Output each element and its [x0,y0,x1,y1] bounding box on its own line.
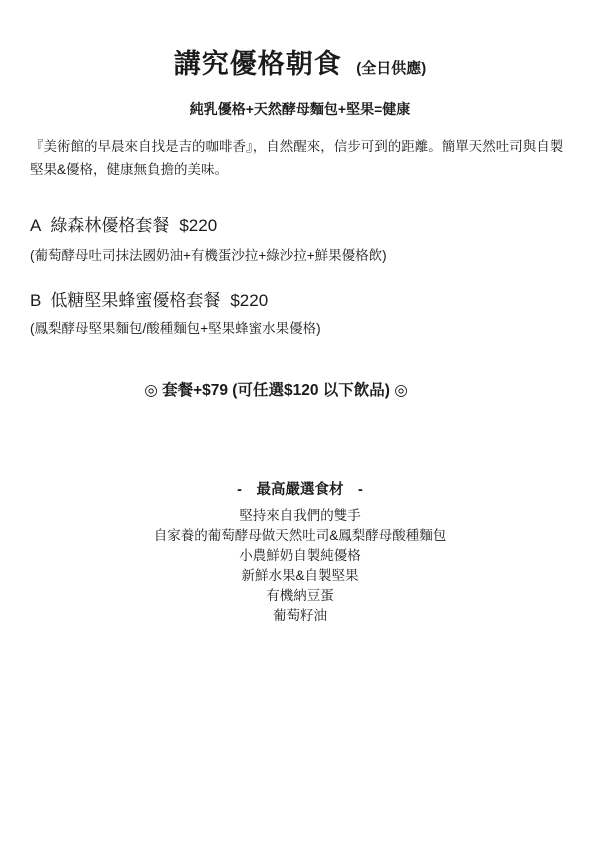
set-a-description: (葡萄酵母吐司抹法國奶油+有機蛋沙拉+綠沙拉+鮮果優格飲) [30,244,387,264]
ingredients-heading: - 最高嚴選食材 - [0,478,600,499]
set-b-heading: B低糖堅果蜂蜜優格套餐$220 [30,286,268,311]
menu-title: 講究優格朝食 [174,49,342,79]
set-b-label: B [30,291,41,310]
ingredient-item: 葡萄籽油 [0,606,600,626]
ingredient-item: 堅持來自我們的雙手 [0,506,600,526]
ingredient-item: 小農鮮奶自製純優格 [0,546,600,566]
set-b-price: $220 [230,291,268,310]
set-b-description: (鳳梨酵母堅果麵包/酸種麵包+堅果蜂蜜水果優格) [30,317,321,337]
ingredient-item: 有機納豆蛋 [0,586,600,606]
set-a-heading: A綠森林優格套餐$220 [30,211,217,236]
set-a-price: $220 [179,216,217,235]
ingredients-section: - 最高嚴選食材 - 堅持來自我們的雙手 自家養的葡萄酵母做天然吐司&鳳梨酵母酸… [0,478,600,626]
menu-subtitle: 純乳優格+天然酵母麵包+堅果=健康 [0,99,600,119]
ingredient-item: 自家養的葡萄酵母做天然吐司&鳳梨酵母酸種麵包 [0,526,600,546]
set-a-name: 綠森林優格套餐 [50,216,169,235]
menu-availability-note: (全日供應) [356,60,426,77]
set-b-name: 低糖堅果蜂蜜優格套餐 [50,291,220,310]
intro-paragraph: 『美術館的早晨來自找是吉的咖啡香』，自然醒來，信步可到的距離。簡單天然吐司與自製… [30,135,574,181]
ingredient-item: 新鮮水果&自製堅果 [0,566,600,586]
page-title: 講究優格朝食 (全日供應) [0,42,600,81]
set-a-label: A [30,216,41,235]
menu-page: 講究優格朝食 (全日供應) 純乳優格+天然酵母麵包+堅果=健康 『美術館的早晨來… [0,0,600,850]
combo-upgrade-note: ◎ 套餐+$79 (可任選$120 以下飲品) ◎ [0,378,552,400]
